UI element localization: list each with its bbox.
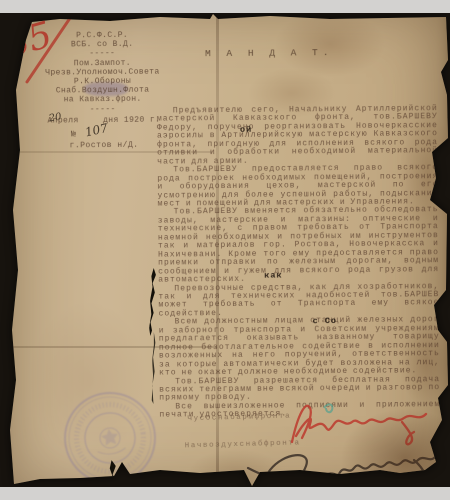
torn-aged-paper: Р.С.Ф.С.Р. ВСБ. со В.Д. ----- Пом.Зампот… [0, 0, 450, 500]
round-seal-stamp [60, 388, 160, 488]
paragraph: Тов.БАРШЕВУ предоставляется право всяког… [157, 164, 438, 209]
document-number-label: № [71, 129, 76, 139]
city-line: г.Ростов н/Д. [39, 140, 169, 150]
scanned-document-photo: Р.С.Ф.С.Р. ВСБ. со В.Д. ----- Пом.Зампот… [0, 0, 450, 500]
overtyped-word: с Со [313, 316, 337, 326]
paragraph: Всем должностным лицам станций железных … [159, 316, 441, 378]
paragraph: Перевозочные средства, как для хозработн… [158, 283, 439, 319]
handwritten-day: 20 [48, 112, 62, 125]
date-year: дня 1920 г. [103, 116, 160, 125]
paragraph: Предъявителю сего, Начальнику Артиллерий… [157, 105, 439, 167]
document-title: М А Н Д А Т. [184, 47, 354, 59]
paper-wrap: Р.С.Ф.С.Р. ВСБ. со В.Д. ----- Пом.Зампот… [0, 0, 450, 500]
scan-margin-bottom [0, 487, 450, 500]
pencil-signature [218, 406, 450, 500]
paragraph: Тов.БАРШЕВУ вменяется обязательно обслед… [158, 207, 440, 286]
overtyped-word: как [264, 270, 282, 280]
overtyped-word: ой [240, 125, 252, 135]
scan-margin-top [0, 0, 450, 13]
document-body: Предъявителю сего, Начальнику Артиллерий… [157, 105, 441, 420]
